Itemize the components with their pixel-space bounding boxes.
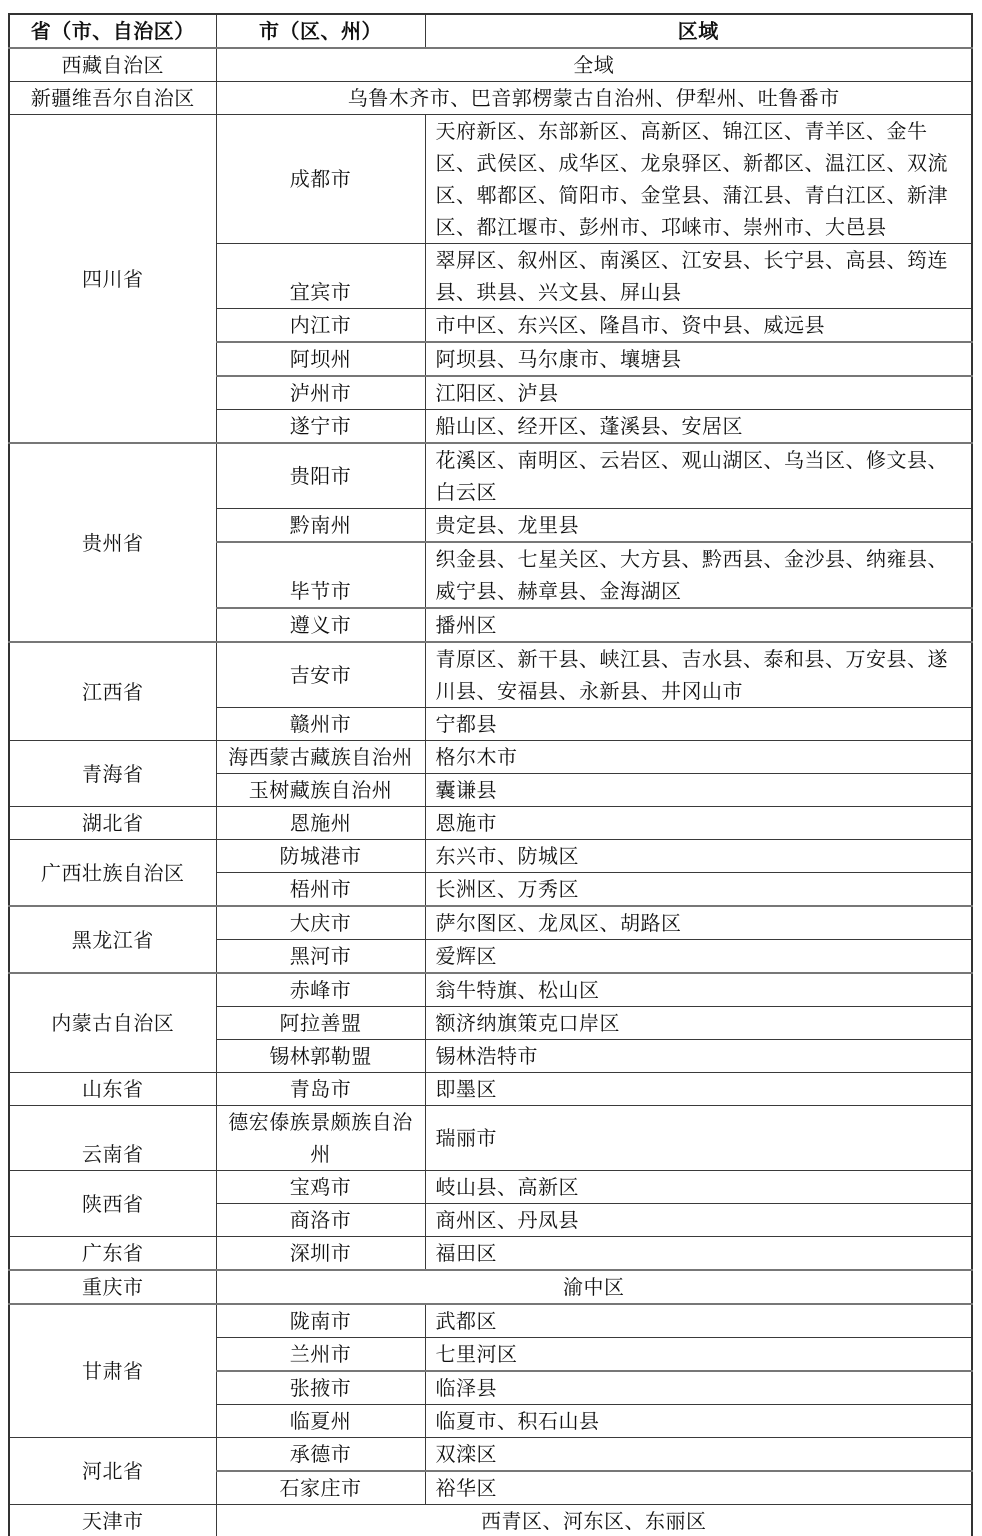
table-row: 广东省 深圳市 福田区 (9, 1237, 972, 1271)
table-row: 四川省 成都市 天府新区、东部新区、高新区、锦江区、青羊区、金牛区、武侯区、成华… (9, 115, 972, 244)
area-cell: 全域 (216, 48, 972, 82)
area-cell: 乌鲁木齐市、巴音郭楞蒙古自治州、伊犁州、吐鲁番市 (216, 82, 972, 115)
province-cell: 黑龙江省 (9, 906, 216, 973)
area-cell: 阿坝县、马尔康市、壤塘县 (425, 342, 972, 376)
table-row: 重庆市 渝中区 (9, 1270, 972, 1304)
area-cell: 商州区、丹凤县 (425, 1204, 972, 1237)
table-row: 广西壮族自治区 防城港市 东兴市、防城区 (9, 840, 972, 873)
table-row: 黑龙江省 大庆市 萨尔图区、龙凤区、胡路区 (9, 906, 972, 940)
area-cell: 东兴市、防城区 (425, 840, 972, 873)
area-cell: 织金县、七星关区、大方县、黔西县、金沙县、纳雍县、威宁县、赫章县、金海湖区 (425, 542, 972, 608)
city-cell: 防城港市 (216, 840, 425, 873)
city-cell: 遂宁市 (216, 410, 425, 444)
table-row: 陕西省 宝鸡市 岐山县、高新区 (9, 1171, 972, 1204)
area-cell: 临泽县 (425, 1371, 972, 1405)
city-cell: 张掖市 (216, 1371, 425, 1405)
province-cell: 云南省 (9, 1106, 216, 1171)
area-cell: 爱辉区 (425, 940, 972, 974)
province-cell: 广东省 (9, 1237, 216, 1271)
province-cell: 青海省 (9, 741, 216, 807)
table-row: 云南省 德宏傣族景颇族自治州 瑞丽市 (9, 1106, 972, 1171)
area-cell: 市中区、东兴区、隆昌市、资中县、威远县 (425, 309, 972, 343)
city-cell: 宜宾市 (216, 244, 425, 309)
area-cell: 贵定县、龙里县 (425, 509, 972, 543)
header-row: 省（市、自治区） 市（区、州） 区域 (9, 14, 972, 48)
area-cell: 囊谦县 (425, 774, 972, 807)
area-cell: 双滦区 (425, 1438, 972, 1472)
city-cell: 宝鸡市 (216, 1171, 425, 1204)
area-cell: 福田区 (425, 1237, 972, 1271)
city-cell: 梧州市 (216, 873, 425, 907)
area-cell: 播州区 (425, 608, 972, 642)
area-cell: 萨尔图区、龙凤区、胡路区 (425, 906, 972, 940)
area-cell: 花溪区、南明区、云岩区、观山湖区、乌当区、修文县、白云区 (425, 443, 972, 509)
city-cell: 海西蒙古藏族自治州 (216, 741, 425, 774)
area-cell: 瑞丽市 (425, 1106, 972, 1171)
area-cell: 青原区、新干县、峡江县、吉水县、泰和县、万安县、遂川县、安福县、永新县、井冈山市 (425, 642, 972, 708)
area-cell: 翠屏区、叙州区、南溪区、江安县、长宁县、高县、筠连县、珙县、兴文县、屏山县 (425, 244, 972, 309)
area-cell: 即墨区 (425, 1073, 972, 1106)
province-cell: 山东省 (9, 1073, 216, 1106)
area-cell: 船山区、经开区、蓬溪县、安居区 (425, 410, 972, 444)
province-cell: 贵州省 (9, 443, 216, 642)
province-cell: 四川省 (9, 115, 216, 444)
table-row: 青海省 海西蒙古藏族自治州 格尔木市 (9, 741, 972, 774)
city-cell: 黔南州 (216, 509, 425, 543)
city-cell: 内江市 (216, 309, 425, 343)
city-cell: 承德市 (216, 1438, 425, 1472)
table-row: 天津市 西青区、河东区、东丽区 (9, 1505, 972, 1536)
city-cell: 毕节市 (216, 542, 425, 608)
province-cell: 江西省 (9, 642, 216, 741)
province-cell: 天津市 (9, 1505, 216, 1536)
city-cell: 青岛市 (216, 1073, 425, 1106)
area-cell: 岐山县、高新区 (425, 1171, 972, 1204)
area-cell: 临夏市、积石山县 (425, 1405, 972, 1438)
table-row: 新疆维吾尔自治区 乌鲁木齐市、巴音郭楞蒙古自治州、伊犁州、吐鲁番市 (9, 82, 972, 115)
province-cell: 内蒙古自治区 (9, 973, 216, 1073)
city-cell: 石家庄市 (216, 1471, 425, 1505)
city-cell: 赤峰市 (216, 973, 425, 1007)
city-cell: 成都市 (216, 115, 425, 244)
province-cell: 湖北省 (9, 807, 216, 840)
area-cell: 七里河区 (425, 1338, 972, 1372)
city-cell: 商洛市 (216, 1204, 425, 1237)
city-cell: 阿坝州 (216, 342, 425, 376)
area-cell: 锡林浩特市 (425, 1040, 972, 1073)
city-cell: 阿拉善盟 (216, 1007, 425, 1040)
area-cell: 武都区 (425, 1304, 972, 1338)
province-cell: 新疆维吾尔自治区 (9, 82, 216, 115)
header-area: 区域 (425, 14, 972, 48)
area-cell: 江阳区、泸县 (425, 376, 972, 410)
area-cell: 渝中区 (216, 1270, 972, 1304)
table-row: 河北省 承德市 双滦区 (9, 1438, 972, 1472)
city-cell: 临夏州 (216, 1405, 425, 1438)
province-cell: 西藏自治区 (9, 48, 216, 82)
regions-table: 省（市、自治区） 市（区、州） 区域 西藏自治区 全域 新疆维吾尔自治区 乌鲁木… (8, 13, 973, 1536)
area-cell: 恩施市 (425, 807, 972, 840)
table-row: 山东省 青岛市 即墨区 (9, 1073, 972, 1106)
province-cell: 陕西省 (9, 1171, 216, 1237)
city-cell: 泸州市 (216, 376, 425, 410)
city-cell: 恩施州 (216, 807, 425, 840)
header-province: 省（市、自治区） (9, 14, 216, 48)
city-cell: 吉安市 (216, 642, 425, 708)
province-cell: 广西壮族自治区 (9, 840, 216, 907)
city-cell: 德宏傣族景颇族自治州 (216, 1106, 425, 1171)
area-cell: 宁都县 (425, 708, 972, 741)
city-cell: 兰州市 (216, 1338, 425, 1372)
city-cell: 贵阳市 (216, 443, 425, 509)
city-cell: 黑河市 (216, 940, 425, 974)
city-cell: 锡林郭勒盟 (216, 1040, 425, 1073)
province-cell: 河北省 (9, 1438, 216, 1505)
table-row: 湖北省 恩施州 恩施市 (9, 807, 972, 840)
table-row: 贵州省 贵阳市 花溪区、南明区、云岩区、观山湖区、乌当区、修文县、白云区 (9, 443, 972, 509)
area-cell: 天府新区、东部新区、高新区、锦江区、青羊区、金牛区、武侯区、成华区、龙泉驿区、新… (425, 115, 972, 244)
table-row: 内蒙古自治区 赤峰市 翁牛特旗、松山区 (9, 973, 972, 1007)
area-cell: 西青区、河东区、东丽区 (216, 1505, 972, 1536)
header-city: 市（区、州） (216, 14, 425, 48)
city-cell: 遵义市 (216, 608, 425, 642)
area-cell: 格尔木市 (425, 741, 972, 774)
city-cell: 大庆市 (216, 906, 425, 940)
area-cell: 翁牛特旗、松山区 (425, 973, 972, 1007)
area-cell: 额济纳旗策克口岸区 (425, 1007, 972, 1040)
city-cell: 陇南市 (216, 1304, 425, 1338)
province-cell: 重庆市 (9, 1270, 216, 1304)
city-cell: 赣州市 (216, 708, 425, 741)
area-cell: 长洲区、万秀区 (425, 873, 972, 907)
table-row: 甘肃省 陇南市 武都区 (9, 1304, 972, 1338)
city-cell: 玉树藏族自治州 (216, 774, 425, 807)
area-cell: 裕华区 (425, 1471, 972, 1505)
table-row: 西藏自治区 全域 (9, 48, 972, 82)
table-row: 江西省 吉安市 青原区、新干县、峡江县、吉水县、泰和县、万安县、遂川县、安福县、… (9, 642, 972, 708)
city-cell: 深圳市 (216, 1237, 425, 1271)
province-cell: 甘肃省 (9, 1304, 216, 1438)
